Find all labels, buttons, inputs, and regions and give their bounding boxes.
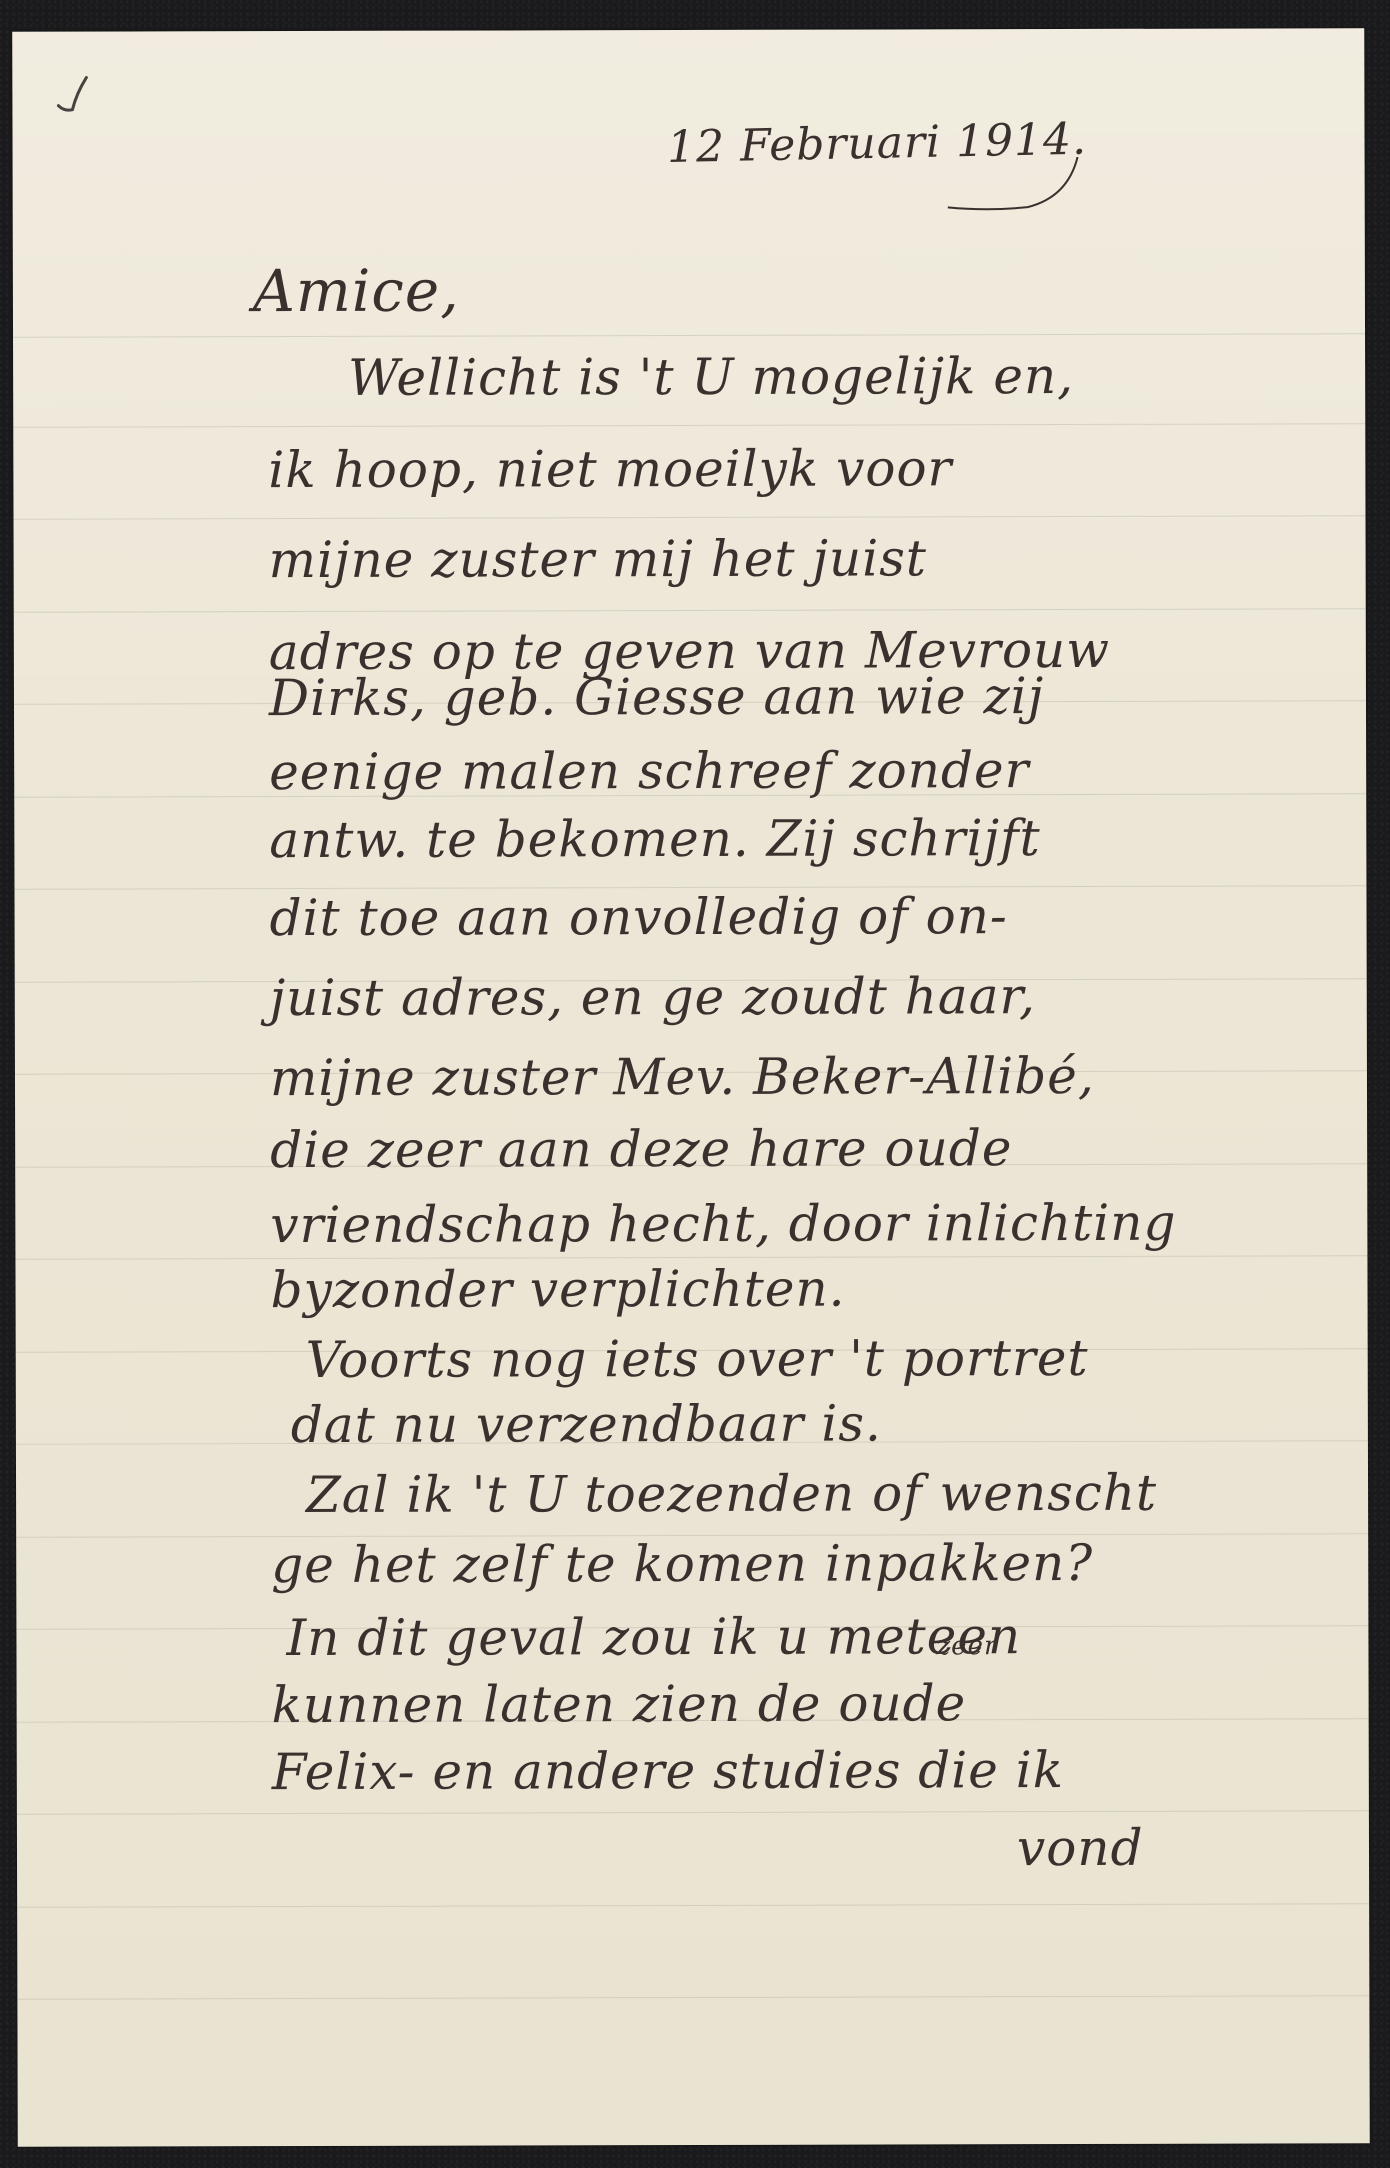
letter-page: 12 Februari 1914. Amice, Wellicht is 't … bbox=[12, 28, 1370, 2147]
salutation: Amice, bbox=[253, 257, 460, 326]
date-underline-flourish bbox=[948, 157, 1098, 217]
letter-line: Voorts nog iets over 't portret bbox=[306, 1329, 1089, 1389]
letter-line: die zeer aan deze hare oude bbox=[270, 1119, 1012, 1179]
interlinear-insertion: zeer bbox=[936, 1631, 997, 1661]
letter-line: ge het zelf te komen inpakken? bbox=[271, 1534, 1093, 1594]
ruled-line bbox=[17, 1810, 1369, 1815]
letter-line: dit toe aan onvolledig of on- bbox=[269, 887, 1007, 947]
letter-line: Zal ik 't U toezenden of wenscht bbox=[306, 1464, 1157, 1524]
letter-line: mijne zuster mij het juist bbox=[269, 529, 927, 589]
letter-line: Wellicht is 't U mogelijk en, bbox=[348, 347, 1074, 407]
letter-line: ik hoop, niet moeilyk voor bbox=[268, 439, 952, 499]
ruled-line bbox=[14, 608, 1366, 613]
letter-line: vriendschap hecht, door inlichting bbox=[270, 1194, 1176, 1254]
letter-line: Felix- en andere studies die ik bbox=[272, 1741, 1064, 1801]
letter-line: Dirks, geb. Giesse aan wie zij bbox=[269, 667, 1044, 727]
letter-line: byzonder verplichten. bbox=[270, 1260, 845, 1320]
letter-line: vond bbox=[1017, 1819, 1144, 1877]
letter-line: kunnen laten zien de oude bbox=[272, 1674, 967, 1734]
checkmark-icon bbox=[52, 72, 92, 120]
ruled-line bbox=[13, 423, 1365, 428]
ruled-line bbox=[17, 1995, 1369, 2000]
letter-line: antw. te bekomen. Zij schrijft bbox=[269, 809, 1040, 869]
letter-line: dat nu verzendbaar is. bbox=[291, 1395, 882, 1455]
ruled-line bbox=[17, 1903, 1369, 1908]
letter-line: eenige malen schreef zonder bbox=[269, 741, 1029, 801]
ruled-line bbox=[13, 333, 1365, 338]
letter-line: juist adres, en ge zoudt haar, bbox=[270, 967, 1036, 1027]
letter-line: In dit geval zou ik u meteen bbox=[286, 1607, 1021, 1667]
ruled-line bbox=[14, 515, 1366, 520]
letter-line: mijne zuster Mev. Beker-Allibé, bbox=[270, 1047, 1095, 1107]
